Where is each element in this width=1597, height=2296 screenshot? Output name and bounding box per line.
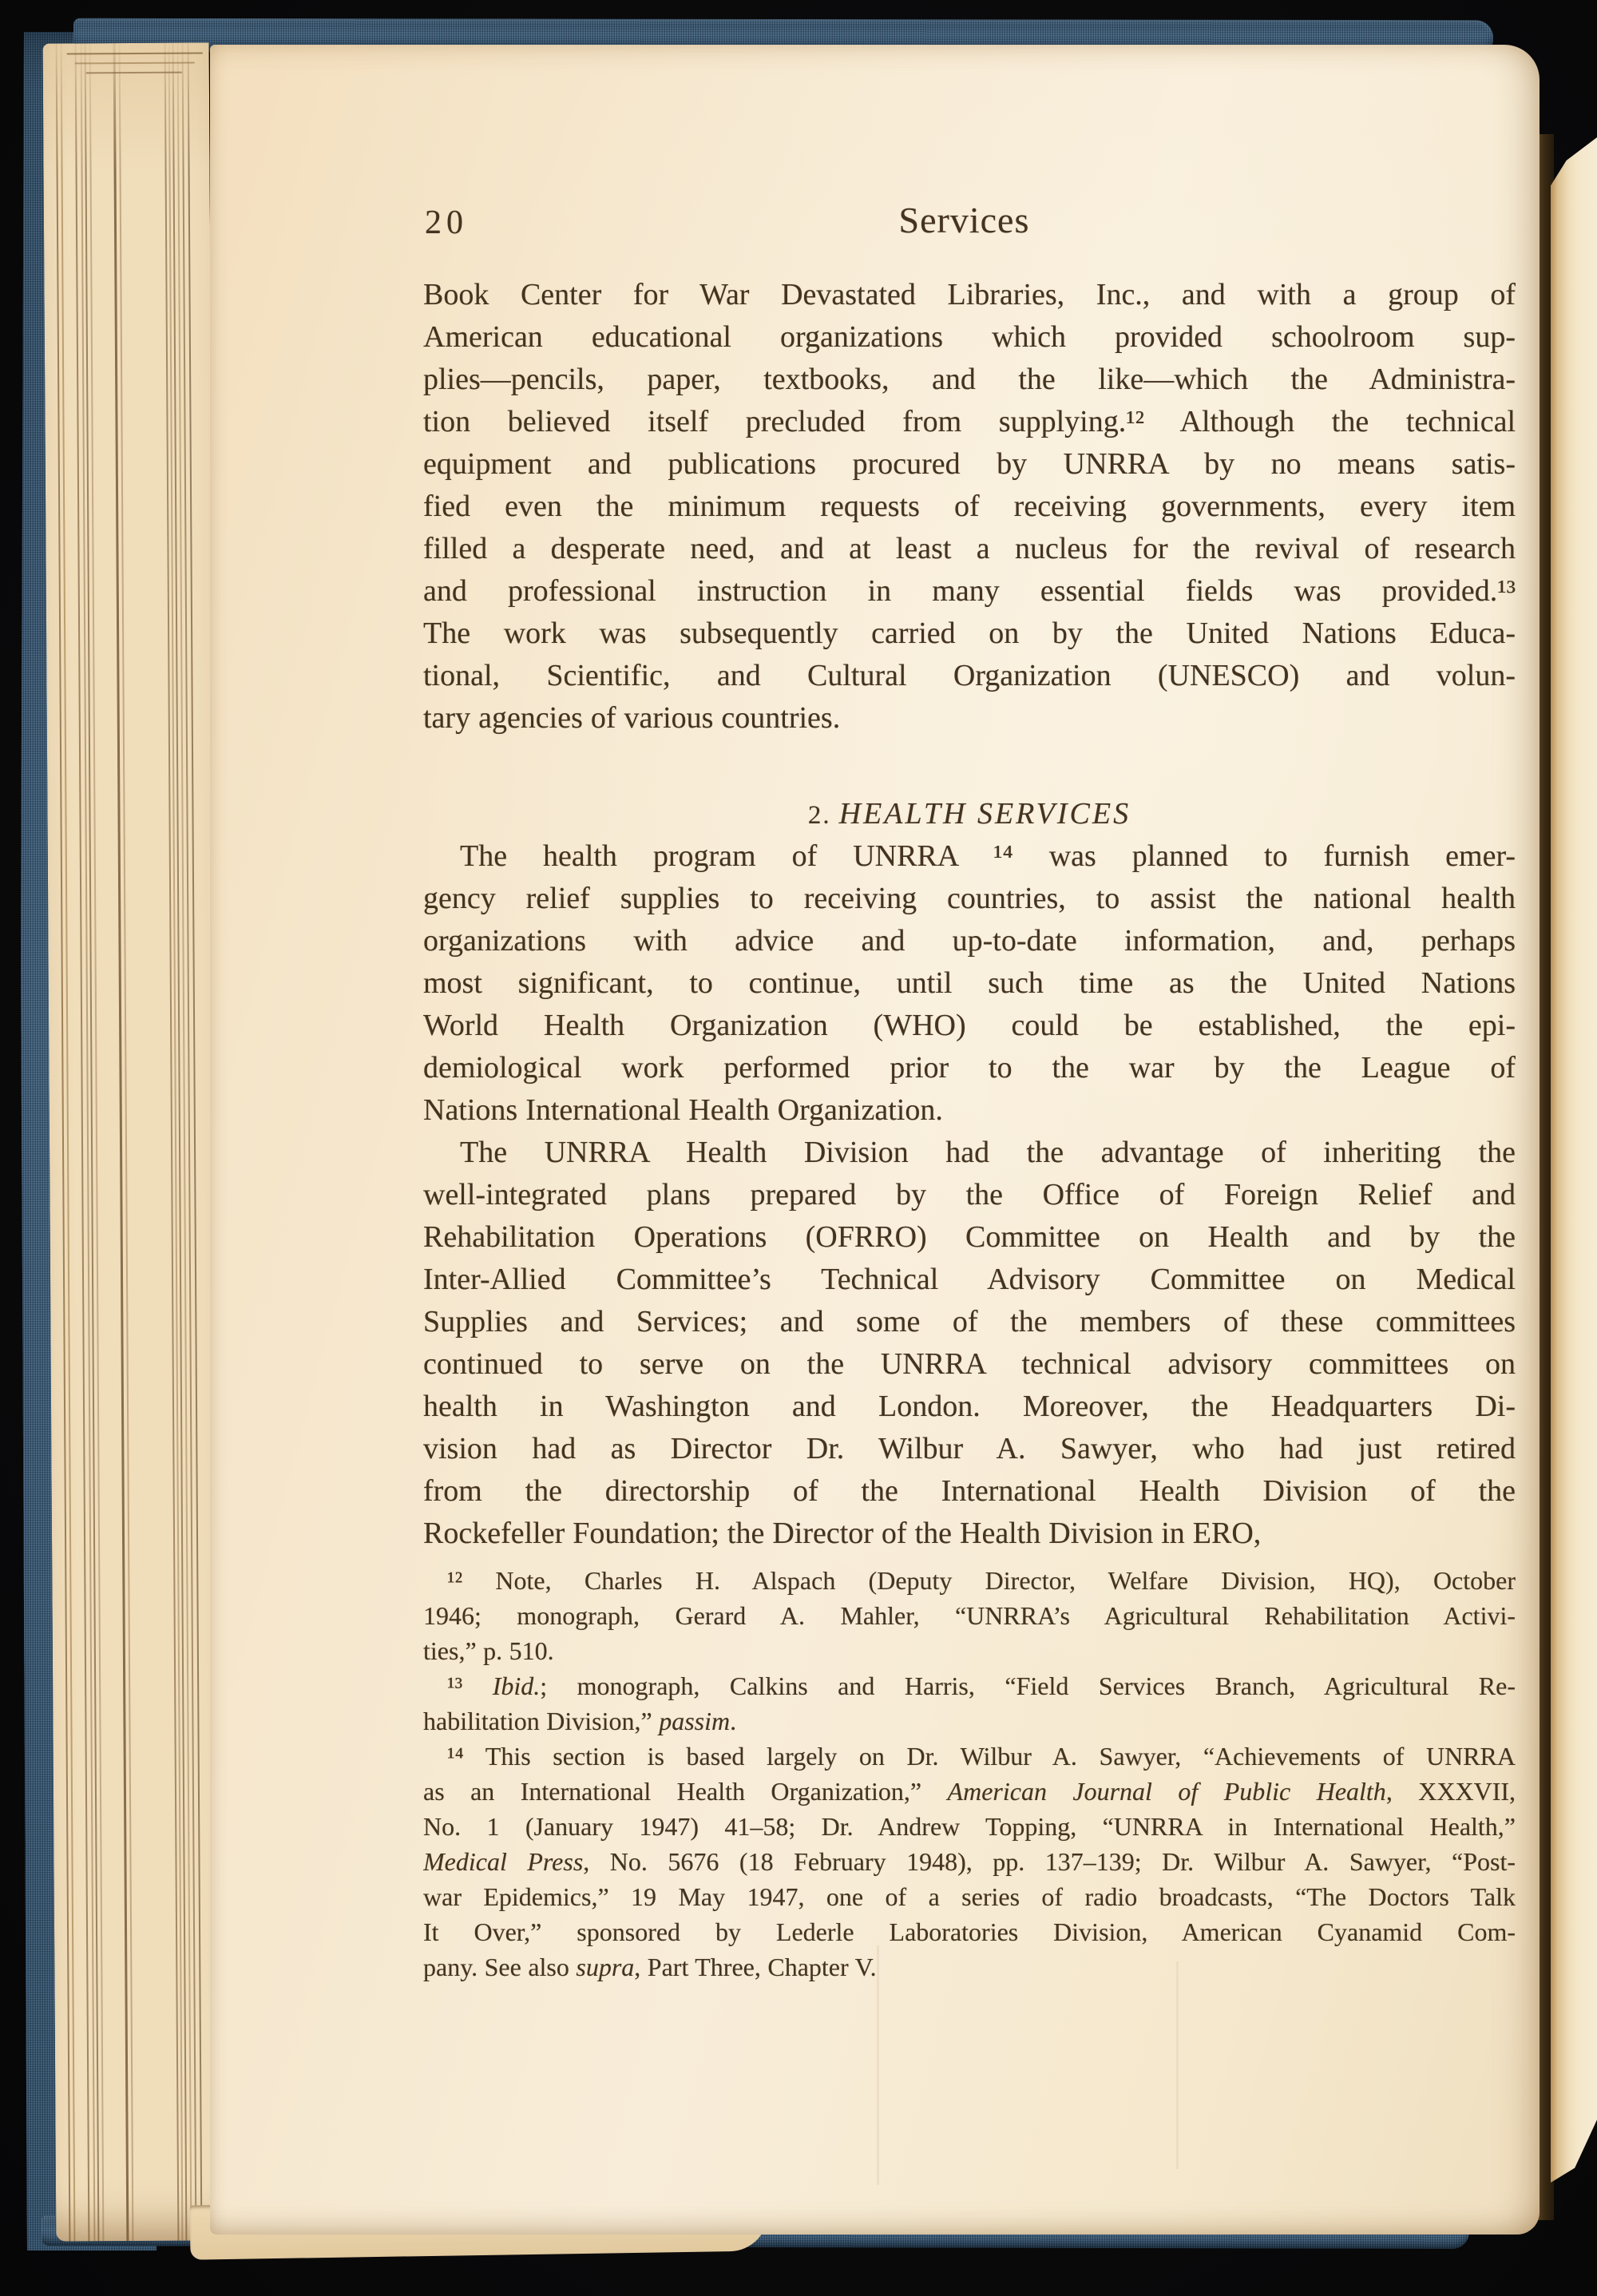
text-line: Rehabilitation Operations (OFRRO) Commit… xyxy=(423,1216,1516,1259)
text-line: continued to serve on the UNRRA technica… xyxy=(423,1343,1516,1386)
text-line: and professional instruction in many ess… xyxy=(423,570,1516,613)
page-edge-stack xyxy=(43,42,223,2241)
footnotes: ¹² Note, Charles H. Alspach (Deputy Dire… xyxy=(423,1563,1516,1985)
text-line: tional, Scientific, and Cultural Organiz… xyxy=(423,655,1516,697)
section-number: 2. xyxy=(808,801,831,830)
text-line: Book Center for War Devastated Libraries… xyxy=(423,274,1516,316)
page-content: 20 Services Book Center for War Devastat… xyxy=(423,45,1516,1985)
text-line: The UNRRA Health Division had the advant… xyxy=(423,1132,1516,1174)
text-line: ¹² Note, Charles H. Alspach (Deputy Dire… xyxy=(423,1563,1516,1598)
text-line: Nations International Health Organizatio… xyxy=(423,1089,1516,1132)
text-line: No. 1 (January 1947) 41–58; Dr. Andrew T… xyxy=(423,1809,1516,1844)
text-line: Medical Press, No. 5676 (18 February 194… xyxy=(423,1844,1516,1879)
text-line: vision had as Director Dr. Wilbur A. Saw… xyxy=(423,1428,1516,1470)
page-header: 20 Services xyxy=(423,201,1516,244)
text-line: habilitation Division,” passim. xyxy=(423,1703,1516,1739)
body-paragraph: Book Center for War Devastated Libraries… xyxy=(423,274,1516,740)
running-header: Services xyxy=(899,196,1030,244)
text-line: as an International Health Organization,… xyxy=(423,1774,1516,1809)
text-line: war Epidemics,” 19 May 1947, one of a se… xyxy=(423,1879,1516,1914)
facing-page-edge xyxy=(1551,137,1597,2233)
text-line: demiological work performed prior to the… xyxy=(423,1047,1516,1089)
text-line: World Health Organization (WHO) could be… xyxy=(423,1005,1516,1047)
text-line: The work was subsequently carried on by … xyxy=(423,613,1516,655)
text-line: American educational organizations which… xyxy=(423,316,1516,359)
text-line: ties,” p. 510. xyxy=(423,1633,1516,1668)
text-line: tion believed itself precluded from supp… xyxy=(423,401,1516,443)
text-line: ¹³ Ibid.; monograph, Calkins and Harris,… xyxy=(423,1668,1516,1703)
text-line: filled a desperate need, and at least a … xyxy=(423,528,1516,570)
text-line: fied even the minimum requests of receiv… xyxy=(423,486,1516,528)
text-line: It Over,” sponsored by Lederle Laborator… xyxy=(423,1914,1516,1949)
text-line: health in Washington and London. Moreove… xyxy=(423,1386,1516,1428)
text-line: gency relief supplies to receiving count… xyxy=(423,878,1516,920)
text-line: plies—pencils, paper, textbooks, and the… xyxy=(423,359,1516,401)
text-line: tary agencies of various countries. xyxy=(423,697,1516,740)
footnote: ¹² Note, Charles H. Alspach (Deputy Dire… xyxy=(423,1563,1516,1668)
text-line: well-integrated plans prepared by the Of… xyxy=(423,1174,1516,1216)
text-line: Inter-Allied Committee’s Technical Advis… xyxy=(423,1259,1516,1301)
text-line: Supplies and Services; and some of the m… xyxy=(423,1301,1516,1343)
footnote: ¹⁴ This section is based largely on Dr. … xyxy=(423,1739,1516,1985)
text-line: pany. See also supra, Part Three, Chapte… xyxy=(423,1949,1516,1985)
text-line: 1946; monograph, Gerard A. Mahler, “UNRR… xyxy=(423,1598,1516,1633)
section-title: HEALTH SERVICES xyxy=(839,797,1131,831)
body-paragraph: The health program of UNRRA ¹⁴ was plann… xyxy=(423,835,1516,1132)
body-text: Book Center for War Devastated Libraries… xyxy=(423,274,1516,1985)
book-photo: 20 Services Book Center for War Devastat… xyxy=(0,0,1597,2296)
footnote: ¹³ Ibid.; monograph, Calkins and Harris,… xyxy=(423,1668,1516,1739)
text-line: ¹⁴ This section is based largely on Dr. … xyxy=(423,1739,1516,1774)
book-page: 20 Services Book Center for War Devastat… xyxy=(210,45,1540,2235)
text-line: equipment and publications procured by U… xyxy=(423,443,1516,486)
body-paragraph: The UNRRA Health Division had the advant… xyxy=(423,1132,1516,1555)
page-number: 20 xyxy=(425,201,468,244)
text-line: The health program of UNRRA ¹⁴ was plann… xyxy=(423,835,1516,878)
text-line: most significant, to continue, until suc… xyxy=(423,962,1516,1005)
section-heading: 2.HEALTH SERVICES xyxy=(423,793,1516,835)
text-line: Rockefeller Foundation; the Director of … xyxy=(423,1513,1516,1555)
text-line: from the directorship of the Internation… xyxy=(423,1470,1516,1513)
text-line: organizations with advice and up-to-date… xyxy=(423,920,1516,962)
